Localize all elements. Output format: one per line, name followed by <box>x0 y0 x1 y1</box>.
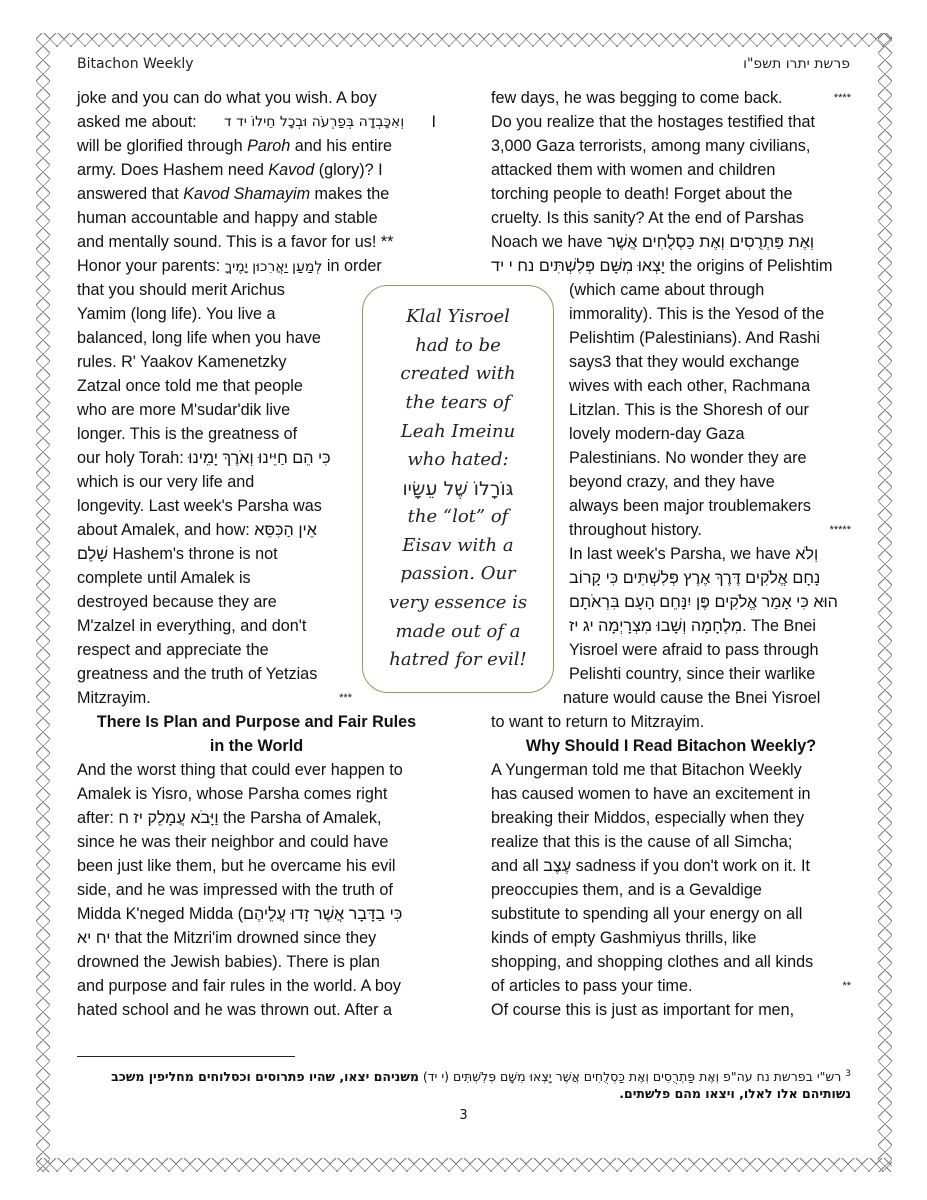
text-line: longer. This is the greatness of <box>77 422 349 446</box>
text-line: Zatzal once told me that people <box>77 374 349 398</box>
text-line: נָחָם אֱלֹקִים דֶּרֶךְ אֶרֶץ פְּלִשְׁתִּ… <box>569 566 851 590</box>
text-line: shopping, and shopping clothes and all k… <box>491 950 851 974</box>
section-separator: ** <box>842 974 851 998</box>
text-line: Pelishtim (Palestinians). And Rashi <box>569 326 851 350</box>
text-line: הוּא כִּי אָמַר אֱלֹקִים פֶּן יִנָּחֵם ה… <box>569 590 851 614</box>
text-line: and all עֶצֶב sadness if you don't work … <box>491 854 851 878</box>
text-line: Mitzrayim.*** <box>77 686 352 710</box>
header-title: Bitachon Weekly <box>77 56 194 72</box>
section-heading: There Is Plan and Purpose and Fair Rules <box>77 710 436 734</box>
text-line: of articles to pass your time.** <box>491 974 851 998</box>
text-line: A Yungerman told me that Bitachon Weekly <box>491 758 851 782</box>
text-line: hated school and he was thrown out. Afte… <box>77 998 436 1022</box>
text-line: breaking their Middos, especially when t… <box>491 806 851 830</box>
header-parsha: פרשת יתרו תשפ"ו <box>743 56 850 72</box>
callout-line: had to be <box>415 332 501 361</box>
footnote-separator <box>77 1056 295 1057</box>
text-line: יָצְאוּ מִשָּׁם פְּלִשְׁתִּים נח י יד th… <box>491 254 851 278</box>
text-line: Yisroel were afraid to pass through <box>569 638 851 662</box>
text-line: longevity. Last week's Parsha was <box>77 494 349 518</box>
text-line: lovely modern-day Gaza <box>569 422 851 446</box>
text-line: nature would cause the Bnei Yisroel <box>563 686 851 710</box>
text-line: Noach we have וְאֶת פַּתְרֻסִים וְאֶת כַ… <box>491 230 851 254</box>
text-line: has caused women to have an excitement i… <box>491 782 851 806</box>
text-line: greatness and the truth of Yetzias <box>77 662 349 686</box>
text-line: says3 that they would exchange <box>569 350 851 374</box>
text-line: respect and appreciate the <box>77 638 349 662</box>
text-line: immorality). This is the Yesod of the <box>569 302 851 326</box>
text-line: attacked them with women and children <box>491 158 851 182</box>
text-line: that you should merit Arichus <box>77 278 349 302</box>
text-line: which is our very life and <box>77 470 349 494</box>
text-line: since he was their neighbor and could ha… <box>77 830 436 854</box>
text-line: joke and you can do what you wish. A boy <box>77 86 436 110</box>
text-line: will be glorified through Paroh and his … <box>77 134 436 158</box>
section-separator: ***** <box>830 518 851 542</box>
text-line: Pelishti country, since their warlike <box>569 662 851 686</box>
text-line: Amalek is Yisro, whose Parsha comes righ… <box>77 782 436 806</box>
text-line: human accountable and happy and stable <box>77 206 436 230</box>
text-line: And the worst thing that could ever happ… <box>77 758 436 782</box>
section-heading: in the World <box>77 734 436 758</box>
right-column: few days, he was begging to come back.**… <box>491 86 851 1022</box>
text-line: rules. R' Yaakov Kamenetzky <box>77 350 349 374</box>
text-line: M'zalzel in everything, and don't <box>77 614 349 638</box>
text-line: preoccupies them, and is a Gevaldige <box>491 878 851 902</box>
text-line: and mentally sound. This is a favor for … <box>77 230 436 254</box>
text-line: realize that this is the cause of all Si… <box>491 830 851 854</box>
text-line: who are more M'sudar'dik live <box>77 398 349 422</box>
text-line: substitute to spending all your energy o… <box>491 902 851 926</box>
text-line: always been major troublemakers <box>569 494 851 518</box>
text-line: 3,000 Gaza terrorists, among many civili… <box>491 134 851 158</box>
text-line: and purpose and fair rules in the world.… <box>77 974 436 998</box>
text-line: beyond crazy, and they have <box>569 470 851 494</box>
text-line: Yamim (long life). You live a <box>77 302 349 326</box>
text-line: army. Does Hashem need Kavod (glory)? I <box>77 158 436 182</box>
text-line: answered that Kavod Shamayim makes the <box>77 182 436 206</box>
text-line: our holy Torah: כִּי הֵם חַיֵּינוּ וְאֹר… <box>77 446 349 470</box>
text-line: kinds of empty Gashmiyus thrills, like <box>491 926 851 950</box>
text-line: In last week's Parsha, we have וְלֹא <box>569 542 851 566</box>
text-line: side, and he was impressed with the trut… <box>77 878 436 902</box>
footnote-text: רש"י בפרשת נח עה"פ וְאֶת פַּתְרֻסִים וְא… <box>419 1069 841 1084</box>
text-line: few days, he was begging to come back.**… <box>491 86 851 110</box>
decorative-border-bottom <box>36 1158 892 1172</box>
text-line: Palestinians. No wonder they are <box>569 446 851 470</box>
text-line: about Amalek, and how: אֵין הַכִּסֵּא <box>77 518 349 542</box>
text-line: wives with each other, Rachmana <box>569 374 851 398</box>
text-line: asked me about: וְאִכָּבְדָה בְּפַרְעֹה … <box>77 110 436 134</box>
text-line: to want to return to Mitzrayim. <box>491 710 851 734</box>
text-line: drowned the Jewish babies). There is pla… <box>77 950 436 974</box>
text-line: Do you realize that the hostages testifi… <box>491 110 851 134</box>
text-line: complete until Amalek is <box>77 566 349 590</box>
section-heading: Why Should I Read Bitachon Weekly? <box>491 734 851 758</box>
text-line: after: וַיָּבֹא עֲמָלֵק יז ח the Parsha … <box>77 806 436 830</box>
footnote-number: 3 <box>845 1069 851 1079</box>
decorative-border-left <box>36 33 50 1172</box>
text-line: Of course this is just as important for … <box>491 998 851 1022</box>
decorative-border-top <box>36 33 892 47</box>
page-number: 3 <box>0 1108 927 1123</box>
text-line: יח יא that the Mitzri'im drowned since t… <box>77 926 436 950</box>
text-line: throughout history.***** <box>569 518 851 542</box>
text-line: cruelty. Is this sanity? At the end of P… <box>491 206 851 230</box>
text-line: destroyed because they are <box>77 590 349 614</box>
text-line: שָׁלֵם Hashem's throne is not <box>77 542 349 566</box>
text-line: Litzlan. This is the Shoresh of our <box>569 398 851 422</box>
text-line: מִלְחָמָה וְשָׁבוּ מִצְרָיְמָה יג יז. Th… <box>569 614 851 638</box>
text-line: Midda K'neged Midda (כִּי בַדָּבָר אֲשֶׁ… <box>77 902 436 926</box>
text-line: balanced, long life when you have <box>77 326 349 350</box>
decorative-border-right <box>878 33 892 1172</box>
footnote: 3 רש"י בפרשת נח עה"פ וְאֶת פַּתְרֻסִים ו… <box>77 1066 851 1102</box>
text-line: torching people to death! Forget about t… <box>491 182 851 206</box>
text-line: been just like them, but he overcame his… <box>77 854 436 878</box>
section-separator: **** <box>834 86 851 110</box>
section-separator: *** <box>339 686 352 710</box>
text-line: (which came about through <box>569 278 851 302</box>
text-line: Honor your parents: לְמַעַן יַאֲרִכוּן י… <box>77 254 436 278</box>
